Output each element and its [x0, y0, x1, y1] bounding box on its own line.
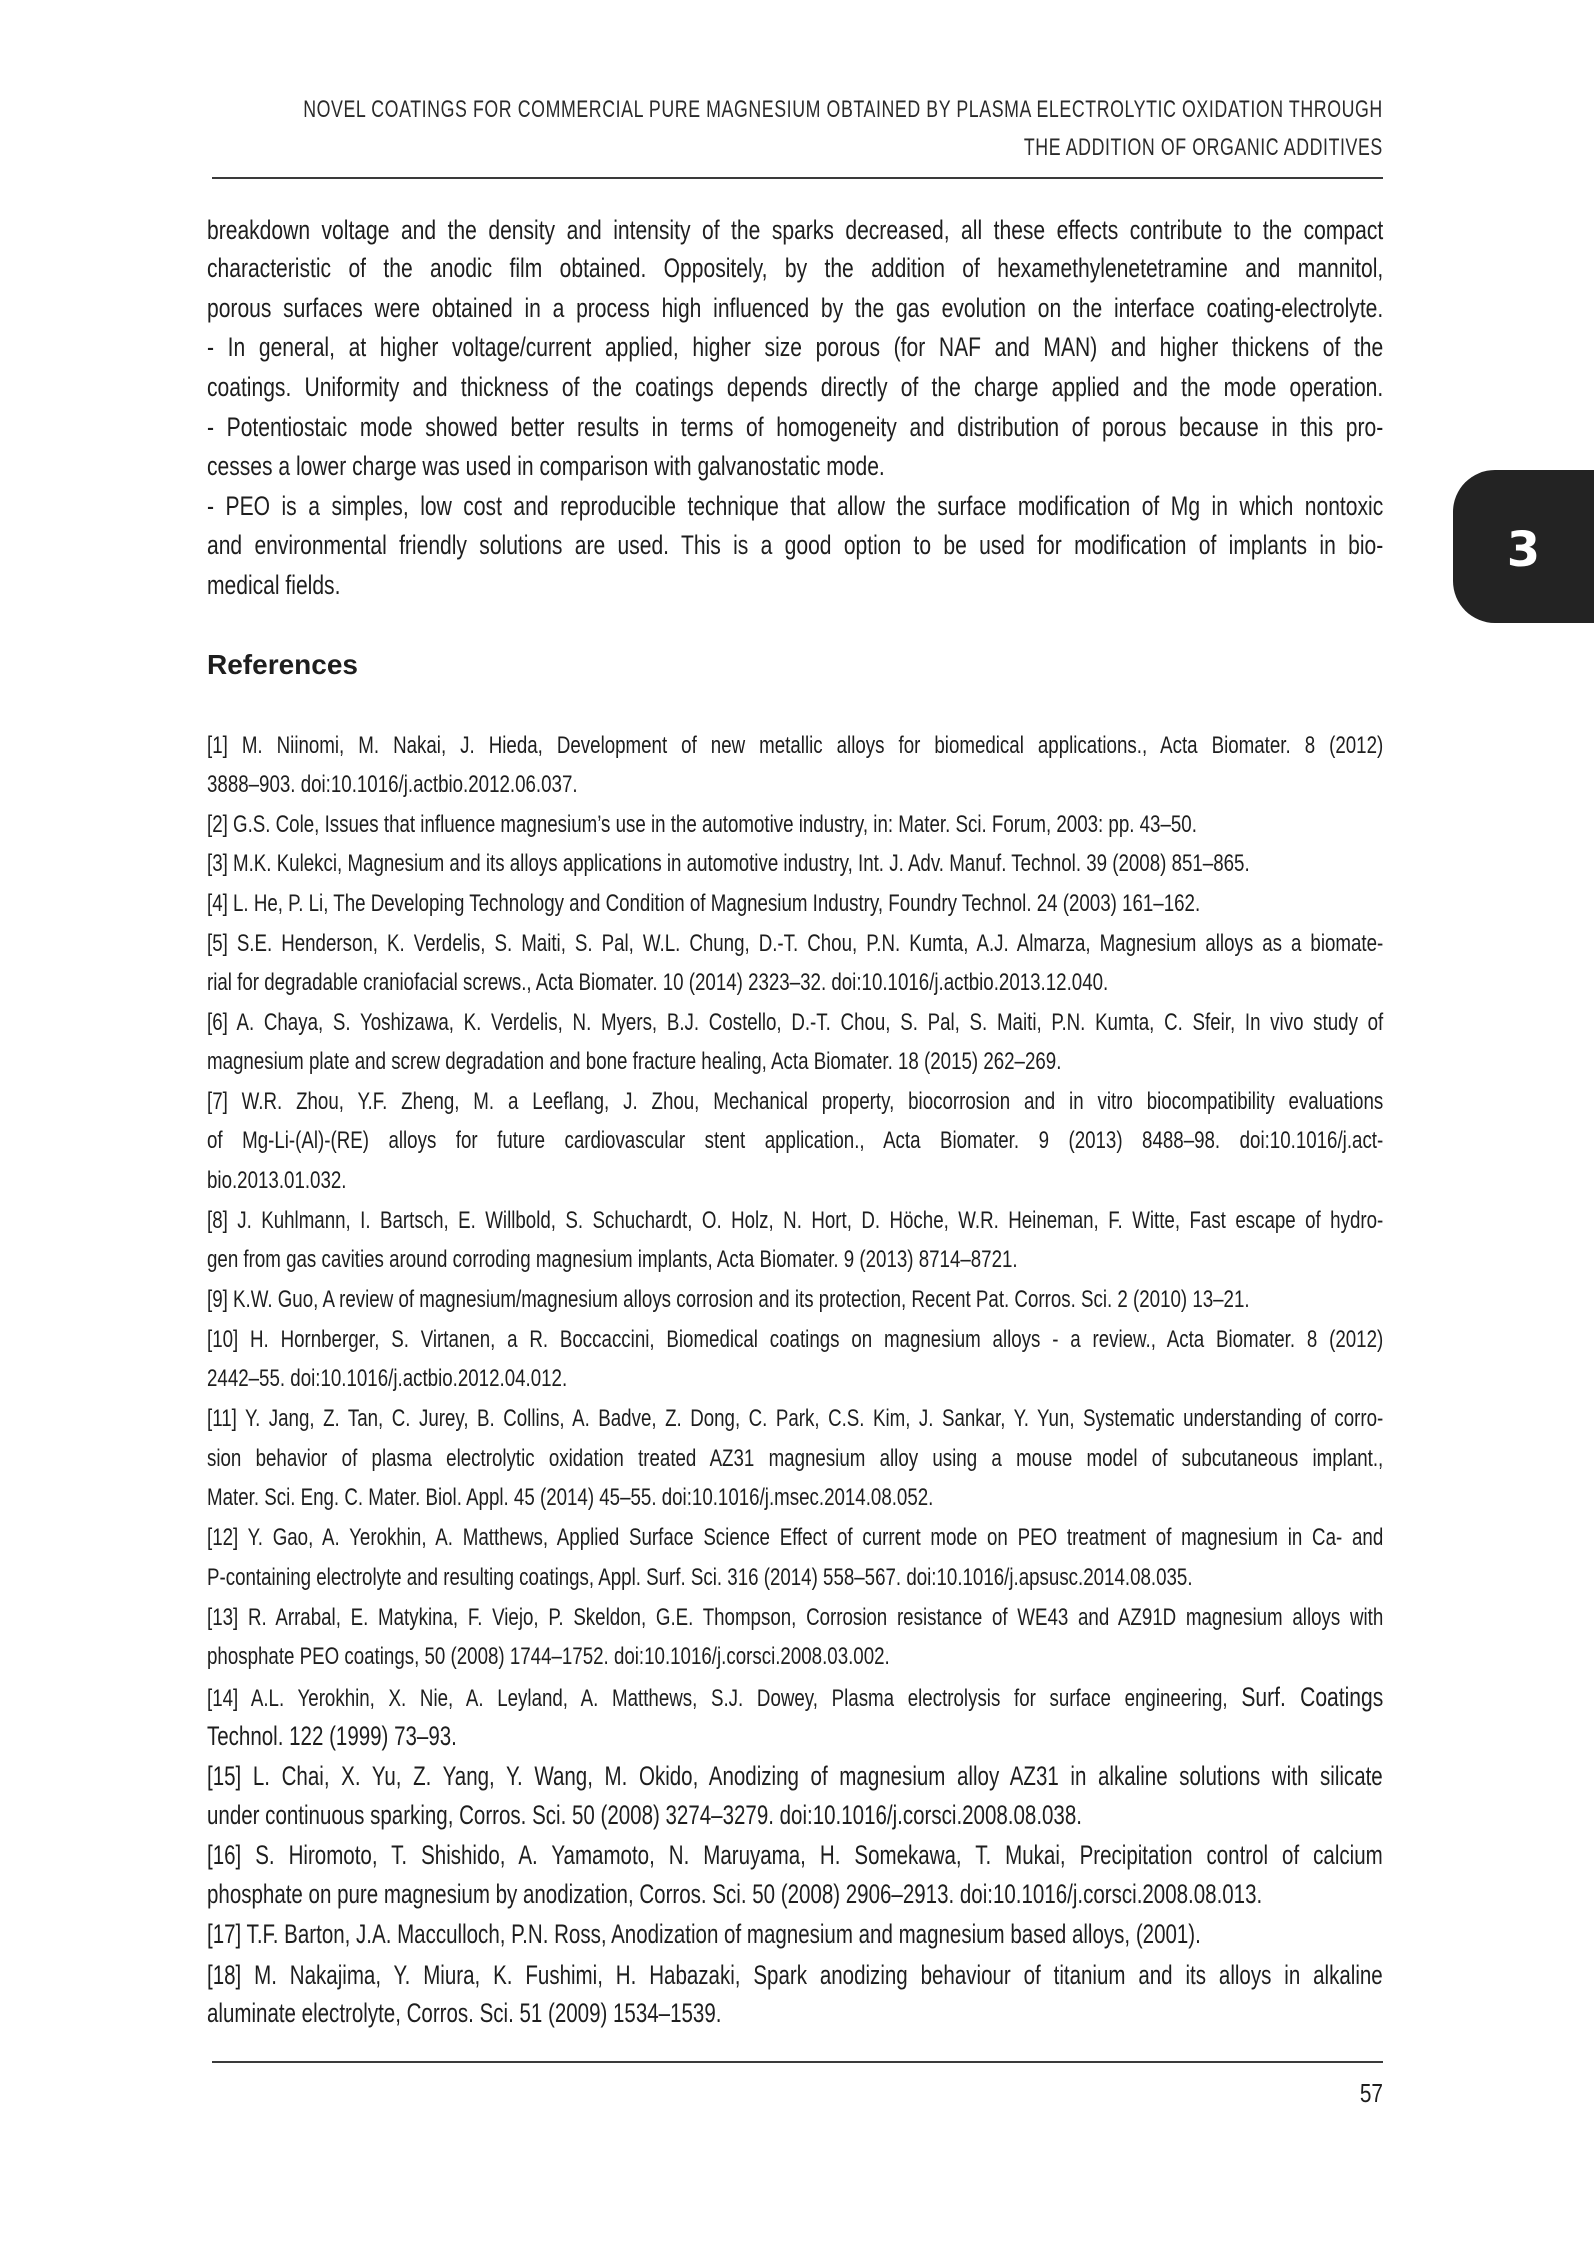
reference-line: gen from gas cavities around corroding m… — [207, 1240, 1383, 1280]
chapter-tab: 3 — [1453, 470, 1594, 623]
reference-line: under continuous sparking, Corros. Sci. … — [207, 1795, 1383, 1835]
reference-line: Mater. Sci. Eng. C. Mater. Biol. Appl. 4… — [207, 1478, 1383, 1518]
reference-line: rial for degradable craniofacial screws.… — [207, 963, 1383, 1003]
reference-text: [11] Y. Jang, Z. Tan, C. Jurey, B. Colli… — [207, 1399, 1383, 1439]
reference-line: [10] H. Hornberger, S. Virtanen, a R. Bo… — [207, 1320, 1383, 1360]
reference-text: [1] M. Niinomi, M. Nakai, J. Hieda, Deve… — [207, 726, 1383, 766]
reference-line: [4] L. He, P. Li, The Developing Technol… — [207, 884, 1383, 924]
page-number-text: 57 — [1303, 2073, 1383, 2113]
body-line: porous surfaces were obtained in a proce… — [207, 288, 1383, 328]
chapter-number: 3 — [1453, 526, 1594, 574]
reference-line: [11] Y. Jang, Z. Tan, C. Jurey, B. Colli… — [207, 1399, 1383, 1439]
reference-line: [17] T.F. Barton, J.A. Macculloch, P.N. … — [207, 1914, 1383, 1954]
references-heading-text: References — [207, 649, 358, 680]
body-line-text: characteristic of the anodic film obtain… — [207, 248, 1383, 288]
reference-text: of Mg-Li-(Al)-(RE) alloys for future car… — [207, 1121, 1383, 1161]
reference-text: [18] M. Nakajima, Y. Miura, K. Fushimi, … — [207, 1955, 1383, 1995]
reference-line: [5] S.E. Henderson, K. Verdelis, S. Mait… — [207, 924, 1383, 964]
reference-line: [1] M. Niinomi, M. Nakai, J. Hieda, Deve… — [207, 726, 1383, 766]
body-line-text: coatings. Uniformity and thickness of th… — [207, 367, 1383, 407]
running-header-line-1: NOVEL COATINGS FOR COMMERCIAL PURE MAGNE… — [207, 90, 1383, 130]
body-line: cesses a lower charge was used in compar… — [207, 446, 1383, 486]
reference-text: [14] A.L. Yerokhin, X. Nie, A. Leyland, … — [207, 1677, 1383, 1719]
reference-line: [15] L. Chai, X. Yu, Z. Yang, Y. Wang, M… — [207, 1756, 1383, 1796]
reference-text: [2] G.S. Cole, Issues that influence mag… — [207, 805, 1383, 845]
body-line-text: - PEO is a simples, low cost and reprodu… — [207, 486, 1383, 526]
reference-text: [17] T.F. Barton, J.A. Macculloch, P.N. … — [207, 1914, 1383, 1954]
reference-line: [18] M. Nakajima, Y. Miura, K. Fushimi, … — [207, 1955, 1383, 1995]
reference-text: [8] J. Kuhlmann, I. Bartsch, E. Willbold… — [207, 1201, 1383, 1241]
reference-text: Mater. Sci. Eng. C. Mater. Biol. Appl. 4… — [207, 1478, 1383, 1518]
reference-text: 2442–55. doi:10.1016/j.actbio.2012.04.01… — [207, 1359, 1383, 1399]
reference-text: [7] W.R. Zhou, Y.F. Zheng, M. a Leeflang… — [207, 1082, 1383, 1122]
running-header-text: THE ADDITION OF ORGANIC ADDITIVES — [207, 128, 1383, 168]
reference-text: 3888–903. doi:10.1016/j.actbio.2012.06.0… — [207, 765, 1383, 805]
page-number: 57 — [1283, 2073, 1383, 2113]
reference-line: P-containing electrolyte and resulting c… — [207, 1558, 1383, 1598]
reference-text: [15] L. Chai, X. Yu, Z. Yang, Y. Wang, M… — [207, 1756, 1383, 1796]
reference-line: [16] S. Hiromoto, T. Shishido, A. Yamamo… — [207, 1835, 1383, 1875]
reference-text: phosphate PEO coatings, 50 (2008) 1744–1… — [207, 1637, 1383, 1677]
reference-text: [5] S.E. Henderson, K. Verdelis, S. Mait… — [207, 924, 1383, 964]
body-line: - PEO is a simples, low cost and reprodu… — [207, 486, 1383, 526]
reference-line: [6] A. Chaya, S. Yoshizawa, K. Verdelis,… — [207, 1003, 1383, 1043]
running-header-text: NOVEL COATINGS FOR COMMERCIAL PURE MAGNE… — [207, 90, 1383, 130]
reference-line: [13] R. Arrabal, E. Matykina, F. Viejo, … — [207, 1598, 1383, 1638]
reference-text: sion behavior of plasma electrolytic oxi… — [207, 1439, 1383, 1479]
reference-line: [12] Y. Gao, A. Yerokhin, A. Matthews, A… — [207, 1518, 1383, 1558]
reference-text-large: Surf. Coatings — [1241, 1682, 1383, 1712]
reference-line: bio.2013.01.032. — [207, 1161, 1383, 1201]
reference-text: [10] H. Hornberger, S. Virtanen, a R. Bo… — [207, 1320, 1383, 1360]
reference-text: under continuous sparking, Corros. Sci. … — [207, 1795, 1383, 1835]
reference-line: of Mg-Li-(Al)-(RE) alloys for future car… — [207, 1121, 1383, 1161]
reference-text: Technol. 122 (1999) 73–93. — [207, 1716, 1383, 1756]
reference-text: gen from gas cavities around corroding m… — [207, 1240, 1383, 1280]
body-line: - In general, at higher voltage/current … — [207, 327, 1383, 367]
body-line-text: porous surfaces were obtained in a proce… — [207, 288, 1383, 328]
reference-text: [9] K.W. Guo, A review of magnesium/magn… — [207, 1280, 1383, 1320]
reference-text: [13] R. Arrabal, E. Matykina, F. Viejo, … — [207, 1598, 1383, 1638]
reference-line: [7] W.R. Zhou, Y.F. Zheng, M. a Leeflang… — [207, 1082, 1383, 1122]
reference-line: [3] M.K. Kulekci, Magnesium and its allo… — [207, 844, 1383, 884]
body-line-text: and environmental friendly solutions are… — [207, 525, 1383, 565]
reference-line: [14] A.L. Yerokhin, X. Nie, A. Leyland, … — [207, 1677, 1383, 1717]
reference-line: [9] K.W. Guo, A review of magnesium/magn… — [207, 1280, 1383, 1320]
reference-text: [16] S. Hiromoto, T. Shishido, A. Yamamo… — [207, 1835, 1383, 1875]
footer-rule — [212, 2061, 1383, 2063]
header-rule — [212, 177, 1383, 179]
body-line: medical fields. — [207, 565, 1383, 605]
body-line-text: - In general, at higher voltage/current … — [207, 327, 1383, 367]
reference-line: sion behavior of plasma electrolytic oxi… — [207, 1439, 1383, 1479]
reference-line: magnesium plate and screw degradation an… — [207, 1042, 1383, 1082]
reference-text: P-containing electrolyte and resulting c… — [207, 1558, 1383, 1598]
reference-text: bio.2013.01.032. — [207, 1161, 1383, 1201]
body-line-text: medical fields. — [207, 565, 1383, 605]
body-line: coatings. Uniformity and thickness of th… — [207, 367, 1383, 407]
body-line-text: breakdown voltage and the density and in… — [207, 210, 1383, 250]
reference-text: aluminate electrolyte, Corros. Sci. 51 (… — [207, 1993, 1383, 2033]
reference-line: [8] J. Kuhlmann, I. Bartsch, E. Willbold… — [207, 1201, 1383, 1241]
reference-text: [3] M.K. Kulekci, Magnesium and its allo… — [207, 844, 1383, 884]
document-page: NOVEL COATINGS FOR COMMERCIAL PURE MAGNE… — [0, 0, 1594, 2250]
reference-text: [4] L. He, P. Li, The Developing Technol… — [207, 884, 1383, 924]
body-line: characteristic of the anodic film obtain… — [207, 248, 1383, 288]
body-line-text: cesses a lower charge was used in compar… — [207, 446, 1383, 486]
reference-line: [2] G.S. Cole, Issues that influence mag… — [207, 805, 1383, 845]
reference-line: phosphate PEO coatings, 50 (2008) 1744–1… — [207, 1637, 1383, 1677]
reference-line: phosphate on pure magnesium by anodizati… — [207, 1874, 1383, 1914]
reference-text: [12] Y. Gao, A. Yerokhin, A. Matthews, A… — [207, 1518, 1383, 1558]
reference-text-main: [14] A.L. Yerokhin, X. Nie, A. Leyland, … — [207, 1685, 1241, 1712]
reference-text: phosphate on pure magnesium by anodizati… — [207, 1874, 1383, 1914]
reference-text: [6] A. Chaya, S. Yoshizawa, K. Verdelis,… — [207, 1003, 1383, 1043]
references-heading: References — [207, 645, 358, 685]
reference-line: 2442–55. doi:10.1016/j.actbio.2012.04.01… — [207, 1359, 1383, 1399]
reference-line: 3888–903. doi:10.1016/j.actbio.2012.06.0… — [207, 765, 1383, 805]
body-line-text: - Potentiostaic mode showed better resul… — [207, 407, 1383, 447]
body-line: - Potentiostaic mode showed better resul… — [207, 407, 1383, 447]
running-header-line-2: THE ADDITION OF ORGANIC ADDITIVES — [207, 128, 1383, 168]
reference-line: aluminate electrolyte, Corros. Sci. 51 (… — [207, 1993, 1383, 2033]
body-line: breakdown voltage and the density and in… — [207, 210, 1383, 250]
reference-text: magnesium plate and screw degradation an… — [207, 1042, 1383, 1082]
body-line: and environmental friendly solutions are… — [207, 525, 1383, 565]
reference-text: rial for degradable craniofacial screws.… — [207, 963, 1383, 1003]
reference-line: Technol. 122 (1999) 73–93. — [207, 1716, 1383, 1756]
